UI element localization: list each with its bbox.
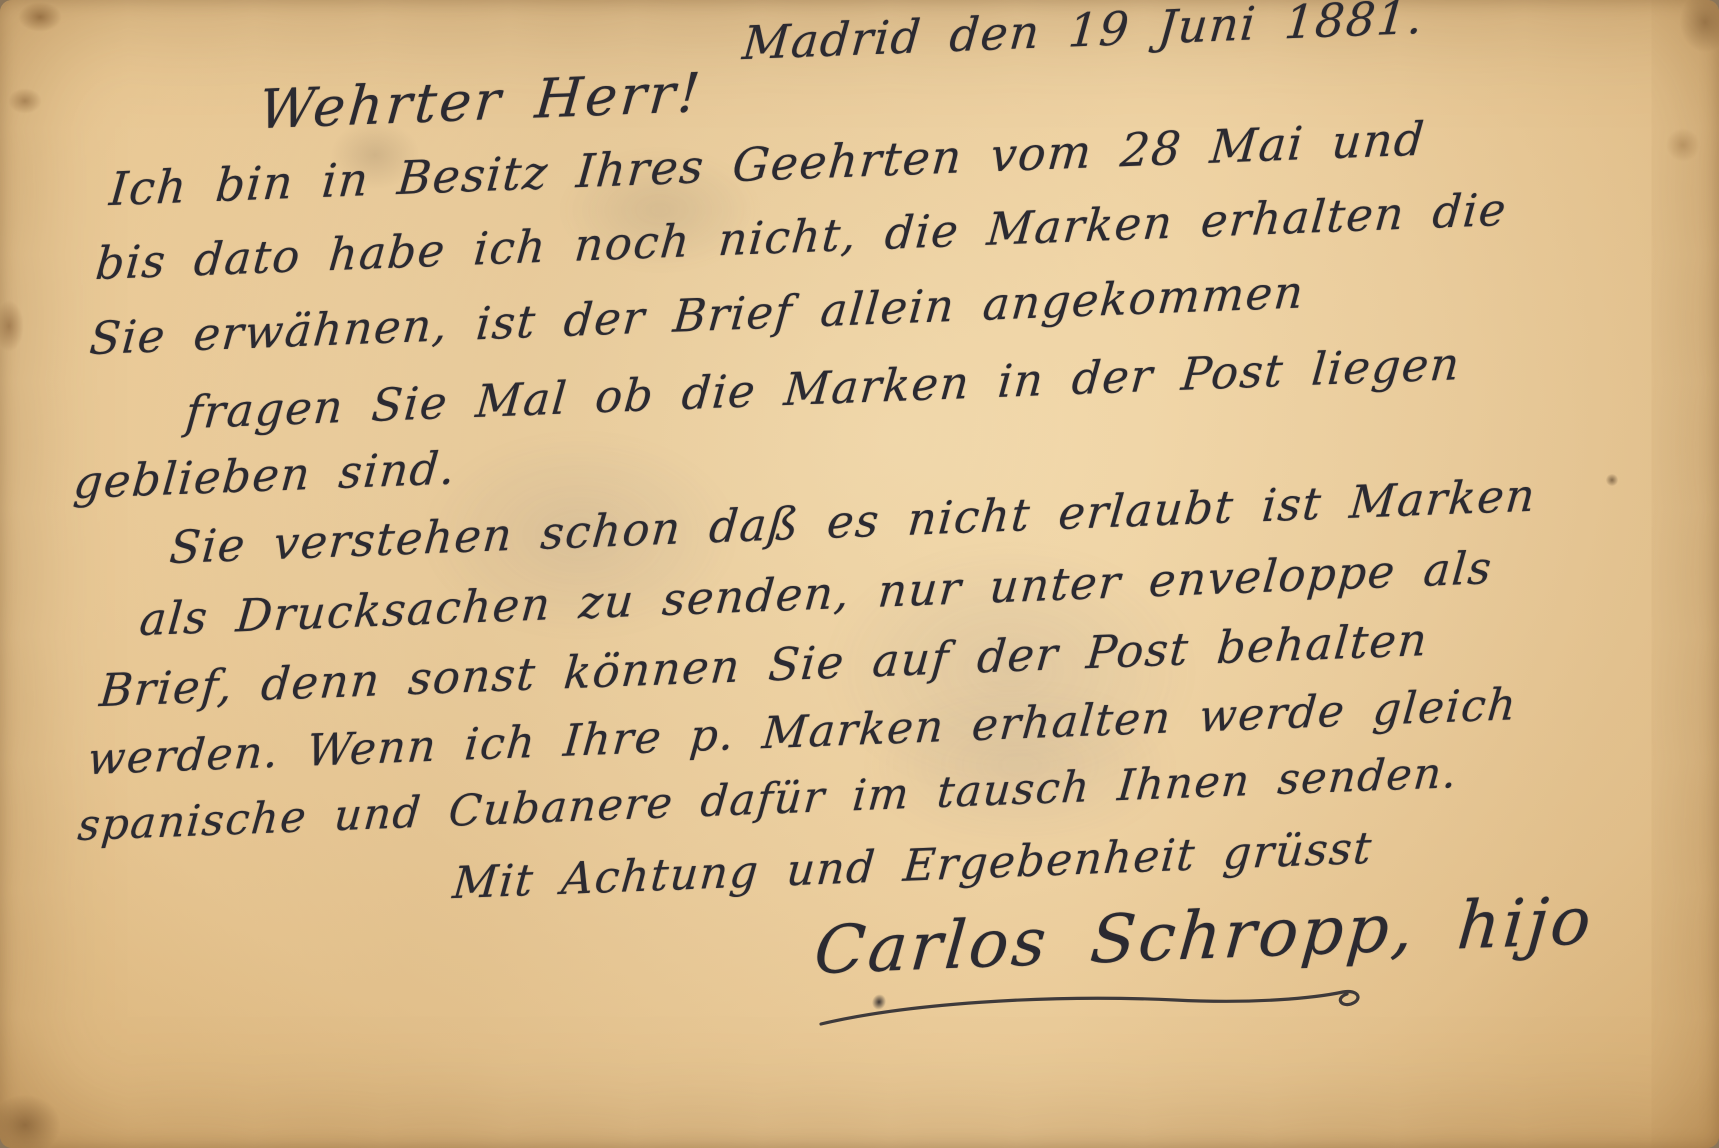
signature-flourish [815, 980, 1375, 1040]
stain [0, 300, 24, 352]
stain [0, 1095, 60, 1148]
postcard-paper: Madrid den 19 Juni 1881. Wehrter Herr! I… [0, 0, 1719, 1148]
dateline: Madrid den 19 Juni 1881. [740, 0, 1426, 70]
signature: Carlos Schropp, hijo [812, 882, 1597, 989]
stain [1680, 0, 1719, 52]
stain [8, 88, 42, 114]
letter-line: geblieben sind. [72, 441, 459, 509]
ink-mark [870, 992, 889, 1012]
stain [1666, 128, 1700, 162]
stain [1606, 474, 1618, 486]
salutation: Wehrter Herr! [257, 61, 706, 141]
stain [18, 2, 62, 32]
